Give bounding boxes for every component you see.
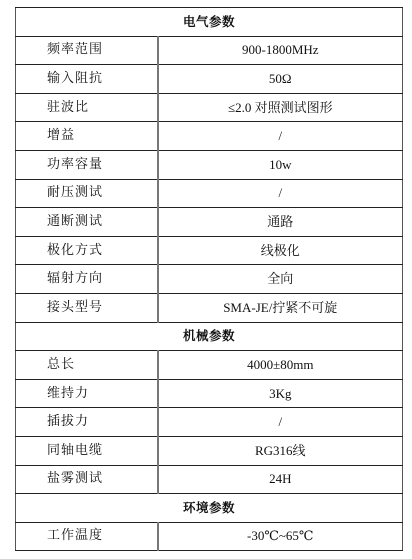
table-row: 工作温度 -30℃~65℃ xyxy=(16,522,403,551)
row-value: RG316线 xyxy=(158,436,403,465)
row-value: 全向 xyxy=(158,265,403,294)
table-row: 盐雾测试 24H xyxy=(16,465,403,494)
table-row: 频率范围 900-1800MHz xyxy=(16,36,403,65)
table-row: 驻波比 ≤2.0 对照测试图形 xyxy=(16,93,403,122)
section-header-environmental: 环境参数 xyxy=(16,494,403,523)
row-value: / xyxy=(158,122,403,151)
row-label: 频率范围 xyxy=(16,36,158,65)
row-label: 输入阻抗 xyxy=(16,65,158,94)
row-label: 耐压测试 xyxy=(16,179,158,208)
row-value: 通路 xyxy=(158,208,403,237)
table-row: 极化方式 线极化 xyxy=(16,236,403,265)
section-title: 电气参数 xyxy=(16,8,403,37)
row-label: 工作温度 xyxy=(16,522,158,551)
row-value: / xyxy=(158,408,403,437)
row-value: 3Kg xyxy=(158,379,403,408)
row-label: 极化方式 xyxy=(16,236,158,265)
row-value: / xyxy=(158,179,403,208)
table-row: 输入阻抗 50Ω xyxy=(16,65,403,94)
table-row: 增益 / xyxy=(16,122,403,151)
row-label: 维持力 xyxy=(16,379,158,408)
row-value: -30℃~65℃ xyxy=(158,522,403,551)
table-row: 通断测试 通路 xyxy=(16,208,403,237)
row-value: SMA-JE/拧紧不可旋 xyxy=(158,293,403,322)
row-label: 功率容量 xyxy=(16,150,158,179)
row-value: 10w xyxy=(158,150,403,179)
row-label: 插拔力 xyxy=(16,408,158,437)
table-row: 辐射方向 全向 xyxy=(16,265,403,294)
section-header-electrical: 电气参数 xyxy=(16,8,403,37)
table-row: 维持力 3Kg xyxy=(16,379,403,408)
section-title: 机械参数 xyxy=(16,322,403,351)
row-label: 盐雾测试 xyxy=(16,465,158,494)
table-row: 插拔力 / xyxy=(16,408,403,437)
row-value: 900-1800MHz xyxy=(158,36,403,65)
row-label: 总长 xyxy=(16,351,158,380)
table-row: 耐压测试 / xyxy=(16,179,403,208)
row-label: 辐射方向 xyxy=(16,265,158,294)
row-value: 4000±80mm xyxy=(158,351,403,380)
table-row: 总长 4000±80mm xyxy=(16,351,403,380)
row-label: 通断测试 xyxy=(16,208,158,237)
row-label: 增益 xyxy=(16,122,158,151)
section-header-mechanical: 机械参数 xyxy=(16,322,403,351)
row-label: 同轴电缆 xyxy=(16,436,158,465)
row-label: 驻波比 xyxy=(16,93,158,122)
row-value: 50Ω xyxy=(158,65,403,94)
row-value: ≤2.0 对照测试图形 xyxy=(158,93,403,122)
spec-table: 电气参数 频率范围 900-1800MHz 输入阻抗 50Ω 驻波比 ≤2.0 … xyxy=(15,7,403,551)
table-row: 接头型号 SMA-JE/拧紧不可旋 xyxy=(16,293,403,322)
row-label: 接头型号 xyxy=(16,293,158,322)
table-row: 功率容量 10w xyxy=(16,150,403,179)
row-value: 线极化 xyxy=(158,236,403,265)
row-value: 24H xyxy=(158,465,403,494)
section-title: 环境参数 xyxy=(16,494,403,523)
table-row: 同轴电缆 RG316线 xyxy=(16,436,403,465)
